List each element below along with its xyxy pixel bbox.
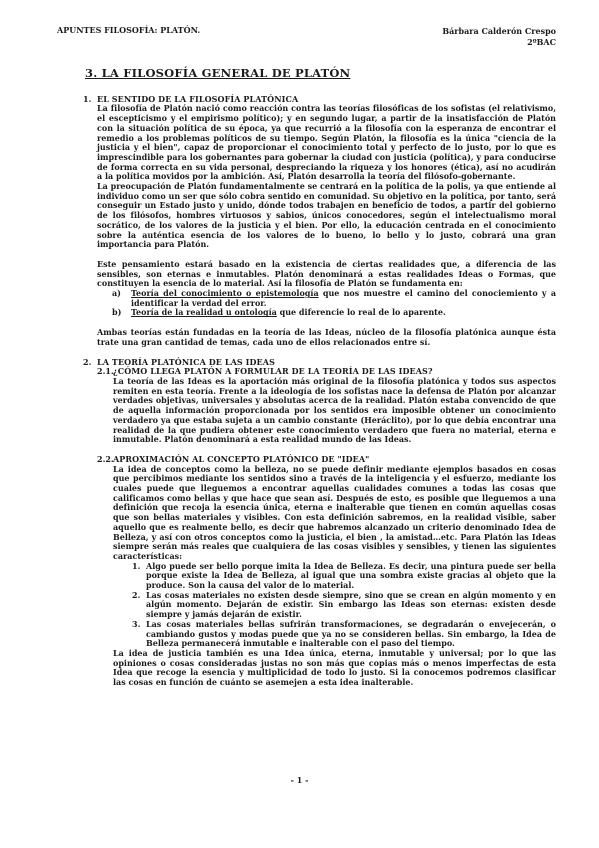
numbered-item-1-marker: 1. — [132, 562, 146, 591]
list-item-b-text: Teoría de la realidad u ontología que di… — [131, 308, 556, 318]
subsection-2-1: 2.1. ¿CÓMO LLEGA PLATÓN A FORMULAR DE LA… — [97, 367, 556, 445]
section-1-number: 1. — [83, 95, 97, 348]
paragraph: Este pensamiento estará basado en la exi… — [97, 260, 556, 289]
list-item-b: b) Teoría de la realidad u ontología que… — [97, 308, 556, 318]
list-item-b-rest: que diferencie lo real de lo aparente. — [277, 307, 446, 317]
paragraph: Ambas teorías están fundadas en la teorí… — [97, 328, 556, 347]
header-author: Bárbara Calderón Crespo — [442, 26, 556, 37]
numbered-item-3-marker: 3. — [132, 620, 146, 649]
paragraph: La preocupación de Platón fundamentalmen… — [97, 182, 556, 250]
underlined-term: Teoría de la realidad u ontología — [131, 307, 277, 317]
list-item-a: a) Teoría del conocimiento o epistemolog… — [97, 289, 556, 308]
subsection-2-2: 2.2. APROXIMACIÓN AL CONCEPTO PLATÓNICO … — [97, 455, 556, 688]
paragraph: La idea de conceptos como la belleza, no… — [113, 465, 556, 562]
header-course: 2ºBAC — [442, 37, 556, 48]
section-2: 2. LA TEORÍA PLATÓNICA DE LAS IDEAS 2.1.… — [83, 358, 556, 688]
subsection-2-2-body: APROXIMACIÓN AL CONCEPTO PLATÓNICO DE "I… — [113, 455, 556, 688]
numbered-item-2-marker: 2. — [132, 591, 146, 620]
numbered-item-2-text: Las cosas materiales no existen desde si… — [146, 591, 556, 620]
list-item-a-marker: a) — [112, 289, 131, 308]
paragraph: La idea de justicia también es una Idea … — [113, 649, 556, 688]
document-header: APUNTES FILOSOFÍA: PLATÓN. Bárbara Calde… — [0, 0, 599, 48]
header-author-block: Bárbara Calderón Crespo 2ºBAC — [442, 26, 556, 48]
subsection-2-1-number: 2.1. — [97, 367, 113, 445]
underlined-term: Teoría del conocimiento o epistemología — [131, 288, 319, 298]
document-page: APUNTES FILOSOFÍA: PLATÓN. Bárbara Calde… — [0, 0, 599, 848]
subsection-2-1-body: ¿CÓMO LLEGA PLATÓN A FORMULAR DE LA TEOR… — [113, 367, 556, 445]
page-number: - 1 - — [0, 776, 599, 786]
numbered-item-1-text: Algo puede ser bello porque imita la Ide… — [146, 562, 556, 591]
subsection-2-2-number: 2.2. — [97, 455, 113, 688]
numbered-item-3-text: Las cosas materiales bellas sufrirán tra… — [146, 620, 556, 649]
numbered-item-2: 2. Las cosas materiales no existen desde… — [113, 591, 556, 620]
paragraph: La filosofía de Platón nació como reacci… — [97, 104, 556, 182]
numbered-item-3: 3. Las cosas materiales bellas sufrirán … — [113, 620, 556, 649]
section-2-number: 2. — [83, 358, 97, 688]
section-1: 1. EL SENTIDO DE LA FILOSOFÍA PLATÓNICA … — [83, 95, 556, 348]
numbered-item-1: 1. Algo puede ser bello porque imita la … — [113, 562, 556, 591]
list-item-b-marker: b) — [112, 308, 131, 318]
header-subject: APUNTES FILOSOFÍA: PLATÓN. — [57, 26, 200, 36]
paragraph: La teoría de las Ideas es la aportación … — [113, 377, 556, 445]
section-1-body: EL SENTIDO DE LA FILOSOFÍA PLATÓNICA La … — [97, 95, 556, 348]
document-body: 1. EL SENTIDO DE LA FILOSOFÍA PLATÓNICA … — [83, 95, 556, 688]
list-item-a-text: Teoría del conocimiento o epistemología … — [131, 289, 556, 308]
page-title: 3. LA FILOSOFÍA GENERAL DE PLATÓN — [85, 69, 599, 79]
section-2-body: LA TEORÍA PLATÓNICA DE LAS IDEAS 2.1. ¿C… — [97, 358, 556, 688]
